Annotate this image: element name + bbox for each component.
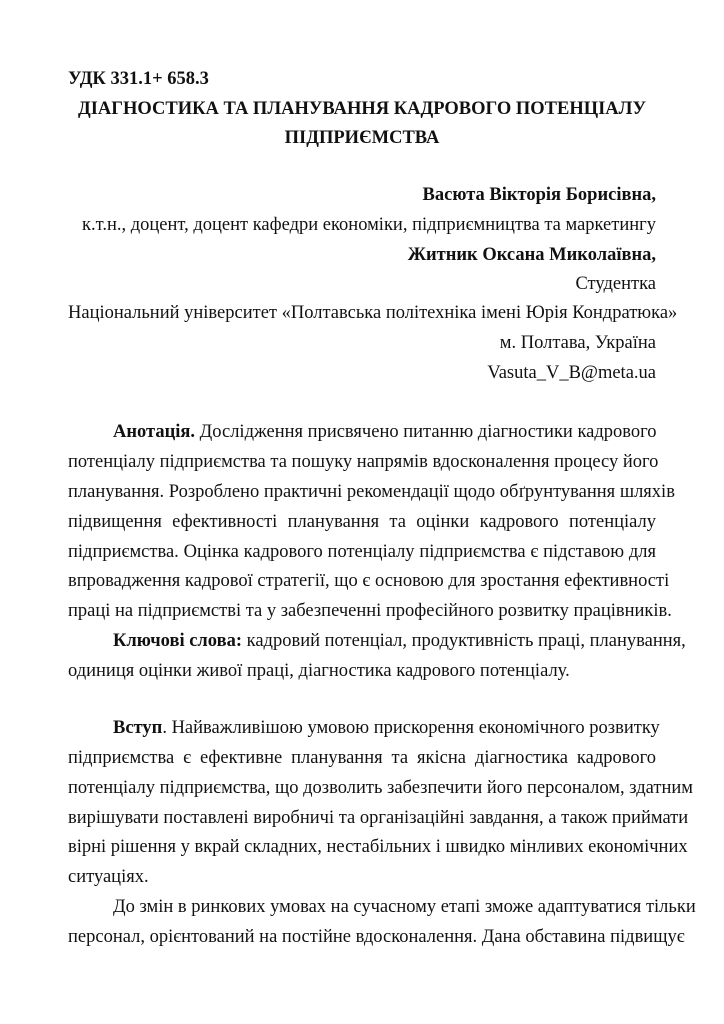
university: Національний університет «Полтавська пол… (68, 298, 656, 328)
abstract-line: підприємства. Оцінка кадрового потенціал… (68, 537, 656, 567)
intro-line: потенціалу підприємства, що дозволить за… (68, 773, 656, 803)
intro-line: вірні рішення у вкрай складних, нестабіл… (68, 832, 656, 862)
keywords-label: Ключові слова: (113, 631, 242, 651)
title-line-1: ДІАГНОСТИКА ТА ПЛАНУВАННЯ КАДРОВОГО ПОТЕ… (68, 94, 656, 124)
email: Vasuta_V_B@meta.ua (68, 358, 656, 388)
abstract-line: підвищення ефективності планування та оц… (68, 507, 656, 537)
intro-para2-line: персонал, орієнтований на постійне вдоск… (68, 922, 656, 952)
intro-line: підприємства є ефективне планування та я… (68, 743, 656, 773)
abstract-line: потенціалу підприємства та пошуку напрям… (68, 447, 656, 477)
intro-line: Вступ. Найважливішою умовою прискорення … (68, 713, 656, 743)
city: м. Полтава, Україна (68, 328, 656, 358)
intro-label: Вступ (113, 718, 162, 738)
abstract-line: впровадження кадрової стратегії, що є ос… (68, 566, 656, 596)
keywords-line: Ключові слова: кадровий потенціал, проду… (68, 626, 656, 656)
keywords-line: одиниця оцінки живої праці, діагностика … (68, 656, 656, 686)
abstract-line: планування. Розроблено практичні рекомен… (68, 477, 656, 507)
author-2-name: Житник Оксана Миколаївна, (68, 240, 656, 270)
author-1-position: к.т.н., доцент, доцент кафедри економіки… (68, 210, 656, 240)
author-2-position: Студентка (68, 269, 656, 299)
abstract-line: Анотація. Дослідження присвячено питанню… (68, 417, 656, 447)
abstract-label: Анотація. (113, 422, 195, 442)
intro-line: ситуаціях. (68, 862, 656, 892)
udk-code: УДК 331.1+ 658.3 (68, 64, 656, 94)
document-page: УДК 331.1+ 658.3 ДІАГНОСТИКА ТА ПЛАНУВАН… (0, 0, 724, 1024)
intro-para2-line: До змін в ринкових умовах на сучасному е… (68, 892, 656, 922)
title-line-2: ПІДПРИЄМСТВА (68, 123, 656, 153)
author-1-name: Васюта Вікторія Борисівна, (68, 180, 656, 210)
abstract-line: праці на підприємстві та у забезпеченні … (68, 596, 656, 626)
intro-line: вирішувати поставлені виробничі та орган… (68, 803, 656, 833)
